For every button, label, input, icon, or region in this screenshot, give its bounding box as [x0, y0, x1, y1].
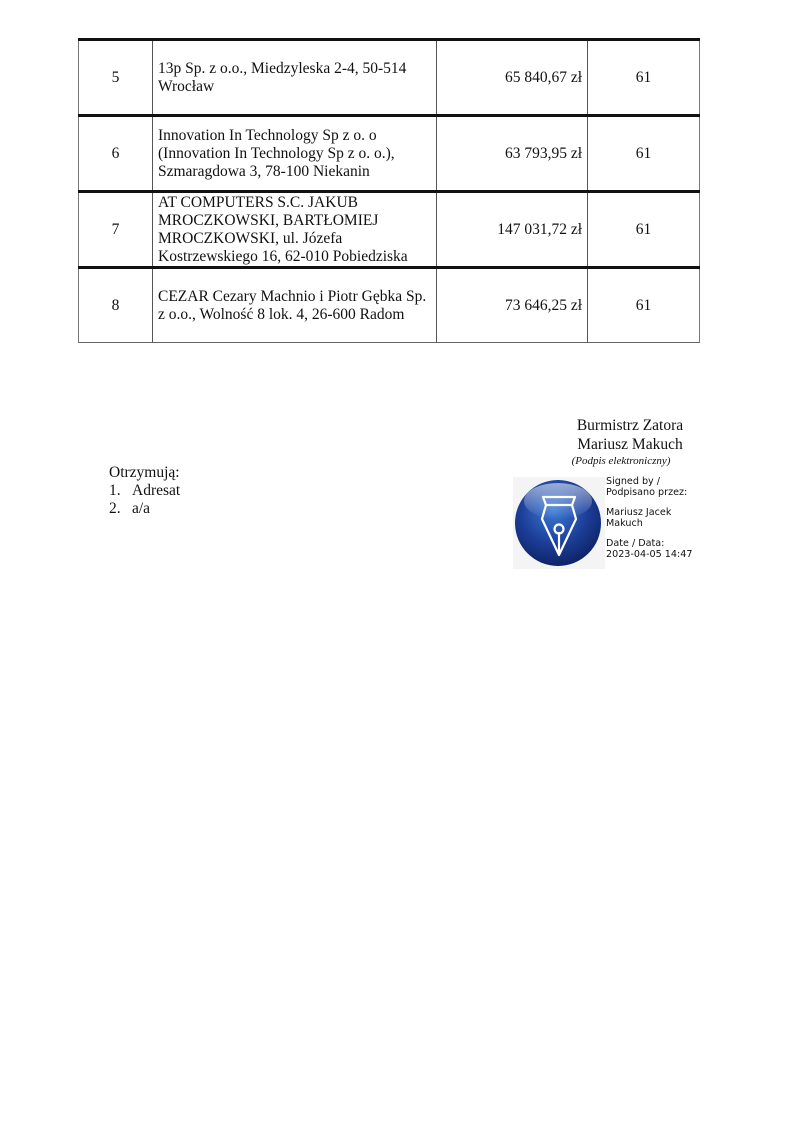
- signature-date: 2023-04-05 14:47: [606, 550, 692, 561]
- offers-table: 5 13p Sp. z o.o., Miedzyleska 2-4, 50-51…: [78, 38, 700, 343]
- signature-note: (Podpis elektroniczny): [522, 454, 720, 468]
- list-item-label: Adresat: [132, 482, 180, 500]
- list-item: 2. a/a: [109, 500, 180, 518]
- offer-number: 5: [79, 40, 153, 116]
- offer-price: 73 646,25 zł: [437, 268, 588, 343]
- offer-number: 7: [79, 192, 153, 268]
- contractor-name: AT COMPUTERS S.C. JAKUB MROCZKOWSKI, BAR…: [153, 192, 437, 268]
- list-item-number: 1.: [109, 482, 132, 500]
- contractor-name: CEZAR Cezary Machnio i Piotr Gębka Sp. z…: [153, 268, 437, 343]
- table-row: 7 AT COMPUTERS S.C. JAKUB MROCZKOWSKI, B…: [79, 192, 700, 268]
- contractor-name: 13p Sp. z o.o., Miedzyleska 2-4, 50-514 …: [153, 40, 437, 116]
- offer-number: 8: [79, 268, 153, 343]
- signer-block: Burmistrz Zatora Mariusz Makuch (Podpis …: [540, 416, 720, 468]
- list-item-number: 2.: [109, 500, 132, 518]
- date-label: Date / Data:: [606, 539, 692, 550]
- signed-by-label-pl: Podpisano przez:: [606, 488, 692, 499]
- contractor-name: Innovation In Technology Sp z o. o (Inno…: [153, 116, 437, 192]
- offer-points: 61: [588, 116, 700, 192]
- list-item: 1. Adresat: [109, 482, 180, 500]
- offer-number: 6: [79, 116, 153, 192]
- table-row: 8 CEZAR Cezary Machnio i Piotr Gębka Sp.…: [79, 268, 700, 343]
- offer-price: 147 031,72 zł: [437, 192, 588, 268]
- recipients-heading: Otrzymują:: [109, 464, 180, 482]
- signer-name: Mariusz Makuch: [540, 435, 720, 454]
- offer-price: 63 793,95 zł: [437, 116, 588, 192]
- list-item-label: a/a: [132, 500, 150, 518]
- signature-details: Signed by / Podpisano przez: Mariusz Jac…: [606, 477, 692, 560]
- signer-title: Burmistrz Zatora: [540, 416, 720, 435]
- offer-points: 61: [588, 192, 700, 268]
- table-row: 5 13p Sp. z o.o., Miedzyleska 2-4, 50-51…: [79, 40, 700, 116]
- signer-full-name: Mariusz Jacek: [606, 508, 692, 519]
- electronic-signature-stamp: Signed by / Podpisano przez: Mariusz Jac…: [513, 477, 713, 569]
- signer-surname: Makuch: [606, 519, 692, 530]
- signed-by-label: Signed by /: [606, 477, 692, 488]
- recipients-list: 1. Adresat 2. a/a: [109, 482, 180, 518]
- recipients-block: Otrzymują: 1. Adresat 2. a/a: [109, 464, 180, 518]
- offer-points: 61: [588, 40, 700, 116]
- offer-price: 65 840,67 zł: [437, 40, 588, 116]
- table-row: 6 Innovation In Technology Sp z o. o (In…: [79, 116, 700, 192]
- offer-points: 61: [588, 268, 700, 343]
- fountain-pen-nib-icon: [513, 477, 605, 569]
